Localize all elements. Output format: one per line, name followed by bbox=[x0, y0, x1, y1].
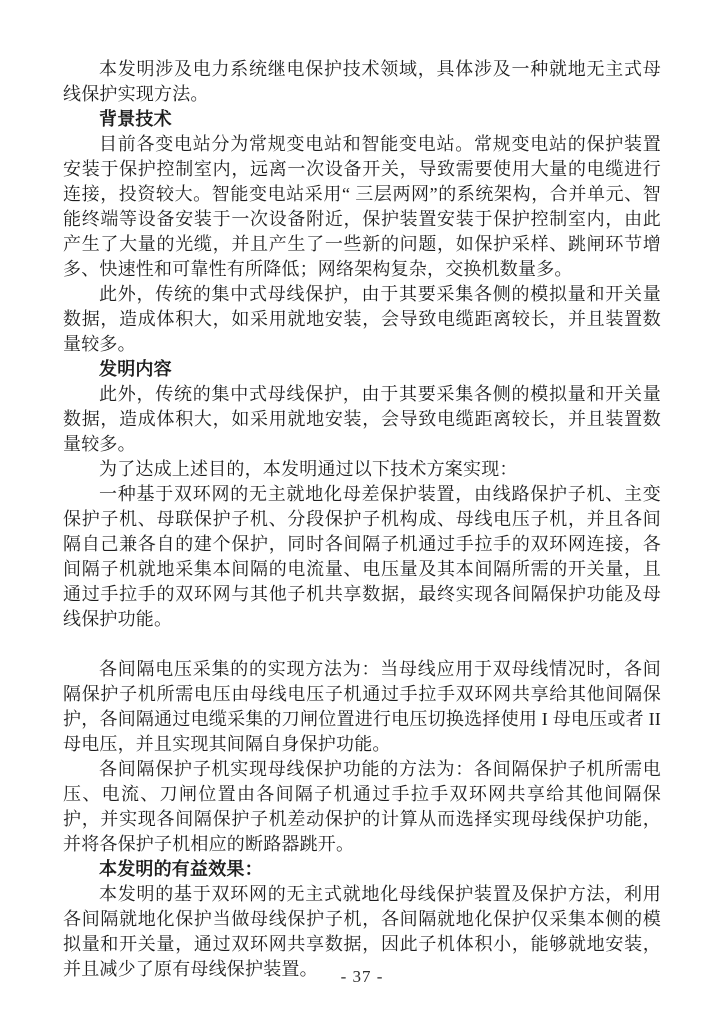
paragraph-background-centralized-protection: 此外，传统的集中式母线保护，由于其要采集各侧的模拟量和开关量数据，造成体积大，如… bbox=[63, 282, 661, 357]
patent-document-page: 本发明涉及电力系统继电保护技术领域，具体涉及一种就地无主式母线保护实现方法。 背… bbox=[0, 0, 724, 1024]
paragraph-invention-centralized-protection: 此外，传统的集中式母线保护，由于其要采集各侧的模拟量和开关量数据，造成体积大，如… bbox=[63, 382, 661, 457]
paragraph-invention-purpose: 为了达成上述目的，本发明通过以下技术方案实现： bbox=[63, 457, 661, 482]
heading-beneficial-effects: 本发明的有益效果： bbox=[63, 857, 661, 882]
heading-invention-content: 发明内容 bbox=[63, 357, 661, 382]
paragraph-background-substations: 目前各变电站分为常规变电站和智能变电站。常规变电站的保护装置安装于保护控制室内，… bbox=[63, 132, 661, 282]
paragraph-voltage-collection-method: 各间隔电压采集的的实现方法为：当母线应用于双母线情况时，各间隔保护子机所需电压由… bbox=[63, 657, 661, 757]
paragraph-technical-field: 本发明涉及电力系统继电保护技术领域，具体涉及一种就地无主式母线保护实现方法。 bbox=[63, 57, 661, 107]
heading-background-art: 背景技术 bbox=[63, 107, 661, 132]
page-number: - 37 - bbox=[0, 966, 724, 988]
paragraph-bus-protection-method: 各间隔保护子机实现母线保护功能的方法为：各间隔保护子机所需电压、电流、刀闸位置由… bbox=[63, 757, 661, 857]
paragraph-invention-device-description: 一种基于双环网的无主就地化母差保护装置，由线路保护子机、主变保护子机、母联保护子… bbox=[63, 482, 661, 632]
document-body: 本发明涉及电力系统继电保护技术领域，具体涉及一种就地无主式母线保护实现方法。 背… bbox=[63, 57, 661, 982]
